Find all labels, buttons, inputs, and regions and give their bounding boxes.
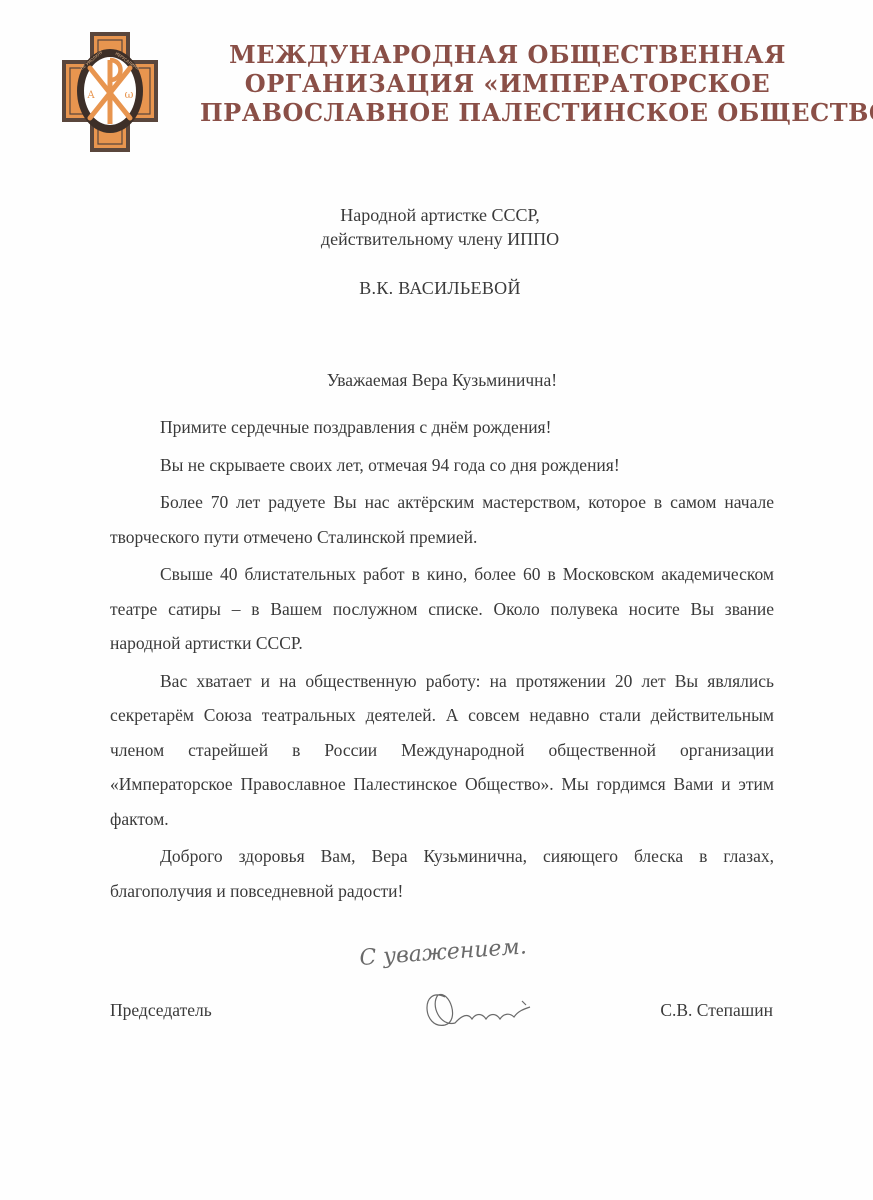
salutation: Уважаемая Вера Кузьминична! — [110, 370, 774, 391]
omega-letter: ω — [125, 88, 134, 101]
handwritten-note: С уважением. — [359, 935, 528, 971]
paragraph-5: Вас хватает и на общественную работу: на… — [110, 664, 774, 837]
alpha-letter: А — [87, 90, 95, 101]
paragraph-6: Доброго здоровья Вам, Вера Кузьминична, … — [110, 839, 774, 908]
signatory-role: Председатель — [110, 1000, 212, 1021]
recipient-name: В.К. ВАСИЛЬЕВОЙ — [200, 278, 680, 299]
org-title-line-1: Международная общественная — [200, 40, 815, 69]
paragraph-4: Свыше 40 блистательных работ в кино, бол… — [110, 557, 774, 661]
paragraph-2: Вы не скрываете своих лет, отмечая 94 го… — [110, 448, 774, 483]
paragraph-3: Более 70 лет радуете Вы нас актёрским ма… — [110, 485, 774, 554]
addressee-line-2: действительному члену ИППО — [200, 227, 680, 251]
handwritten-signature-icon: С уважением. — [350, 935, 580, 1035]
letter-body: Примите сердечные поздравления с днём ро… — [110, 410, 774, 911]
addressee-block: Народной артистке СССР, действительному … — [200, 203, 680, 251]
paragraph-1: Примите сердечные поздравления с днём ро… — [110, 410, 774, 445]
chi-rho-cross-emblem-icon: НЕ УМОЛКНУ ИЕРУСАЛИМА А ω — [60, 30, 160, 154]
signatory-name: С.В. Степашин — [660, 1000, 773, 1021]
org-title-line-3: Православное Палестинское общество» — [200, 98, 815, 127]
letter-page: НЕ УМОЛКНУ ИЕРУСАЛИМА А ω Международная … — [0, 0, 873, 1200]
organization-title: Международная общественная организация «… — [200, 40, 815, 127]
addressee-line-1: Народной артистке СССР, — [200, 203, 680, 227]
org-title-line-2: организация «Императорское — [200, 69, 815, 98]
